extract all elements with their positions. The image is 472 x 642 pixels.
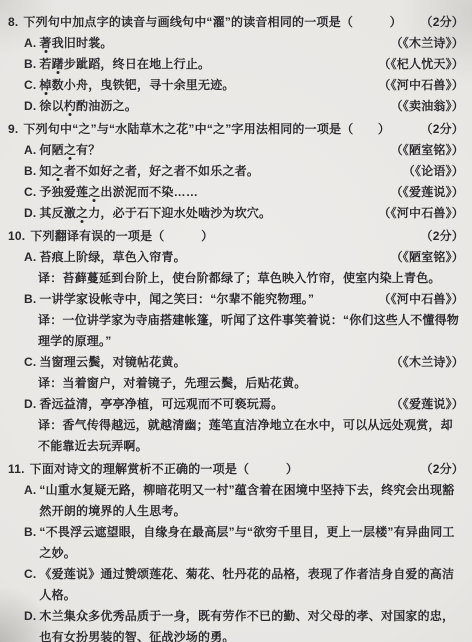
option-text: 《爱莲说》通过赞颂莲花、菊花、牡丹花的品格，表现了作者洁身自爱的高洁人格。 <box>39 564 464 606</box>
option-text-segment: 何陋 <box>39 143 63 157</box>
question-stem-text: 下列句中加点字的读音与画线句中“濯”的读音相同的一项是（ ） <box>23 12 412 33</box>
option-text: 若躇步跐蹈，终日在地上行止。 <box>39 54 372 75</box>
question-block: 8.下列句中加点字的读音与画线句中“濯”的读音相同的一项是（ ）（2分）A.著我… <box>8 12 464 117</box>
option-row: B.“不畏浮云遮望眼，自缘身在最高层”与“欲穷千里目，更上一层楼”有异曲同工之妙… <box>8 522 464 564</box>
option-text-segment: 力，必于石下迎水处啮沙为坎穴。 <box>88 206 271 220</box>
option-row: C.予独爱莲之出淤泥而不染……（《爱莲说》） <box>8 182 464 203</box>
option-row: D.香远益清，亭亭净植，可远观而不可亵玩焉。（《爱莲说》） <box>8 394 464 415</box>
option-source: （《河中石兽》） <box>378 289 464 310</box>
option-text: 棹数小舟，曳铁钯，寻十余里无迹。 <box>39 75 372 96</box>
option-row: C.当窗理云鬓，对镜帖花黄。（《木兰诗》） <box>8 352 464 373</box>
option-source: （《爱莲说》） <box>391 182 464 203</box>
option-source: （《卖油翁》） <box>391 96 464 117</box>
emphasis-dotted-char: 杓 <box>64 99 76 113</box>
option-text-segment: 当窗理云鬓，对镜帖花黄。 <box>39 355 185 369</box>
question-number: 9. <box>8 119 18 140</box>
option-text: “山重水复疑无路，柳暗花明又一村”蕴含着在困境中坚持下去，终究会出现豁然开朗的境… <box>39 480 464 522</box>
option-row: B.一讲学家设帐寺中，闻之笑曰：“尔辈不能究物理。”（《河中石兽》） <box>8 289 464 310</box>
question-number: 10. <box>8 226 25 247</box>
option-translation: 译：香气传得越远，就越清幽；莲笔直洁净地立在水中，可以从远处观赏，却不能靠近去玩… <box>8 415 464 457</box>
option-row: C.《爱莲说》通过赞颂莲花、菊花、牡丹花的品格，表现了作者洁身自爱的高洁人格。 <box>8 564 464 606</box>
option-source: （《爱莲说》） <box>391 394 464 415</box>
option-label: C. <box>24 182 36 203</box>
option-translation: 译：当着窗户，对着镜子，先理云鬓，后贴花黄。 <box>8 373 464 394</box>
option-label: D. <box>24 96 36 117</box>
question-stem-row: 11.下面对诗文的理解赏析不正确的一项是（ ）（2分） <box>8 459 464 480</box>
option-source: （《木兰诗》） <box>391 33 464 54</box>
option-source: （《河中石兽》） <box>378 75 464 96</box>
option-text: 其反激之力，必于石下迎水处啮沙为坎穴。 <box>39 203 372 224</box>
option-text: 知之者不如好之者，好之者不如乐之者。 <box>39 161 396 182</box>
option-row: D.其反激之力，必于石下迎水处啮沙为坎穴。（《河中石兽》） <box>8 203 464 224</box>
option-row: A.“山重水复疑无路，柳暗花明又一村”蕴含着在困境中坚持下去，终究会出现豁然开朗… <box>8 480 464 522</box>
emphasis-dotted-char: 之 <box>52 164 64 178</box>
option-row: A.何陋之有？（《陋室铭》） <box>8 140 464 161</box>
option-text-segment: 予独爱莲 <box>39 185 88 199</box>
option-text-segment: “山重水复疑无路，柳暗花明又一村”蕴含着在困境中坚持下去，终究会出现豁然开朗的境… <box>39 483 454 518</box>
question-stem-row: 8.下列句中加点字的读音与画线句中“濯”的读音相同的一项是（ ）（2分） <box>8 12 464 33</box>
emphasis-dotted-char: 棹 <box>39 78 51 92</box>
option-row: D.木兰集众多优秀品质于一身，既有劳作不已的勤、对父母的孝、对国家的忠，也有女扮… <box>8 606 464 642</box>
question-block: 11.下面对诗文的理解赏析不正确的一项是（ ）（2分）A.“山重水复疑无路，柳暗… <box>8 459 464 642</box>
emphasis-dotted-char: 之 <box>88 185 100 199</box>
option-text-segment: 其反激 <box>39 206 76 220</box>
option-label: A. <box>24 33 36 54</box>
option-label: B. <box>24 522 36 543</box>
question-stem-text: 下列句中“之”与“水陆草木之花”中“之”字用法相同的一项是（ ） <box>23 119 412 140</box>
question-number: 11. <box>8 459 25 480</box>
option-text: 当窗理云鬓，对镜帖花黄。 <box>39 352 384 373</box>
option-text-segment: 出淤泥而不染…… <box>100 185 198 199</box>
exam-body: 8.下列句中加点字的读音与画线句中“濯”的读音相同的一项是（ ）（2分）A.著我… <box>8 12 464 642</box>
option-text: 一讲学家设帐寺中，闻之笑曰：“尔辈不能究物理。” <box>39 289 372 310</box>
option-source: （《杞人忧天》） <box>378 54 464 75</box>
option-text: “不畏浮云遮望眼，自缘身在最高层”与“欲穷千里目，更上一层楼”有异曲同工之妙。 <box>39 522 464 564</box>
option-text: 予独爱莲之出淤泥而不染…… <box>39 182 384 203</box>
question-stem-row: 9.下列句中“之”与“水陆草木之花”中“之”字用法相同的一项是（ ）（2分） <box>8 119 464 140</box>
option-source: （《木兰诗》） <box>391 352 464 373</box>
option-label: D. <box>24 394 36 415</box>
option-source: （《河中石兽》） <box>378 203 464 224</box>
option-source: （《陋室铭》） <box>391 140 464 161</box>
option-source: （《陋室铭》） <box>391 247 464 268</box>
option-translation: 译：苔藓蔓延到台阶上，使台阶都绿了；草色映入竹帘，使室内染上青色。 <box>8 268 464 289</box>
option-row: A.苔痕上阶绿，草色入帘青。（《陋室铭》） <box>8 247 464 268</box>
option-row: A.著我旧时裳。（《木兰诗》） <box>8 33 464 54</box>
option-row: B.知之者不如好之者，好之者不如乐之者。（《论语》） <box>8 161 464 182</box>
option-label: C. <box>24 564 36 585</box>
option-label: A. <box>24 140 36 161</box>
emphasis-dotted-char: 之 <box>64 143 76 157</box>
option-text-segment: “不畏浮云遮望眼，自缘身在最高层”与“欲穷千里目，更上一层楼”有异曲同工之妙。 <box>39 525 454 560</box>
option-label: D. <box>24 203 36 224</box>
option-label: A. <box>24 247 36 268</box>
question-stem-text: 下面对诗文的理解赏析不正确的一项是（ ） <box>30 459 413 480</box>
question-stem-row: 10.下列翻译有误的一项是（ ）（2分） <box>8 226 464 247</box>
option-row: B.若躇步跐蹈，终日在地上行止。（《杞人忧天》） <box>8 54 464 75</box>
option-text: 苔痕上阶绿，草色入帘青。 <box>39 247 384 268</box>
option-text: 何陋之有？ <box>39 140 384 161</box>
option-label: B. <box>24 289 36 310</box>
option-text-segment: 者不如好之者，好之者不如乐之者。 <box>64 164 259 178</box>
question-number: 8. <box>8 12 18 33</box>
option-text-segment: 香远益清，亭亭净植，可远观而不可亵玩焉。 <box>39 397 283 411</box>
option-text-segment: 若 <box>39 57 51 71</box>
option-text: 著我旧时裳。 <box>39 33 384 54</box>
option-text-segment: 徐以 <box>39 99 63 113</box>
question-points: （2分） <box>421 459 464 480</box>
option-text: 木兰集众多优秀品质于一身，既有劳作不已的勤、对父母的孝、对国家的忠，也有女扮男装… <box>39 606 464 642</box>
option-label: B. <box>24 161 36 182</box>
option-label: A. <box>24 480 36 501</box>
option-text-segment: 数小舟，曳铁钯，寻十余里无迹。 <box>52 78 235 92</box>
option-text: 徐以杓酌油沥之。 <box>39 96 384 117</box>
emphasis-dotted-char: 之 <box>76 206 88 220</box>
option-text-segment: 木兰集众多优秀品质于一身，既有劳作不已的勤、对父母的孝、对国家的忠，也有女扮男装… <box>39 609 454 642</box>
emphasis-dotted-char: 著 <box>39 36 51 50</box>
option-row: C.棹数小舟，曳铁钯，寻十余里无迹。（《河中石兽》） <box>8 75 464 96</box>
option-label: C. <box>24 352 36 373</box>
question-block: 10.下列翻译有误的一项是（ ）（2分）A.苔痕上阶绿，草色入帘青。（《陋室铭》… <box>8 226 464 457</box>
option-text-segment: 有？ <box>76 143 100 157</box>
option-text-segment: 苔痕上阶绿，草色入帘青。 <box>39 250 185 264</box>
question-points: （2分） <box>421 226 464 247</box>
option-text-segment: 酌油沥之。 <box>76 99 137 113</box>
option-text-segment: 一讲学家设帐寺中，闻之笑曰：“尔辈不能究物理。” <box>39 292 314 306</box>
option-text-segment: 我旧时裳。 <box>52 36 113 50</box>
question-block: 9.下列句中“之”与“水陆草木之花”中“之”字用法相同的一项是（ ）（2分）A.… <box>8 119 464 224</box>
option-label: D. <box>24 606 36 627</box>
option-translation: 译：一位讲学家为寺庙搭建帐篷，听闻了这件事笑着说：“你们这些人不懂得物理学的原理… <box>8 310 464 352</box>
option-text-segment: 知 <box>39 164 51 178</box>
option-text-segment: 《爱莲说》通过赞颂莲花、菊花、牡丹花的品格，表现了作者洁身自爱的高洁人格。 <box>39 567 454 602</box>
option-text-segment: 步跐蹈，终日在地上行止。 <box>64 57 210 71</box>
option-text: 香远益清，亭亭净植，可远观而不可亵玩焉。 <box>39 394 384 415</box>
option-source: （《论语》） <box>403 161 464 182</box>
emphasis-dotted-char: 躇 <box>52 57 64 71</box>
question-points: （2分） <box>421 12 464 33</box>
option-row: D.徐以杓酌油沥之。（《卖油翁》） <box>8 96 464 117</box>
option-label: B. <box>24 54 36 75</box>
question-points: （2分） <box>421 119 464 140</box>
option-label: C. <box>24 75 36 96</box>
exam-page: 8.下列句中加点字的读音与画线句中“濯”的读音相同的一项是（ ）（2分）A.著我… <box>0 0 472 642</box>
question-stem-text: 下列翻译有误的一项是（ ） <box>30 226 412 247</box>
